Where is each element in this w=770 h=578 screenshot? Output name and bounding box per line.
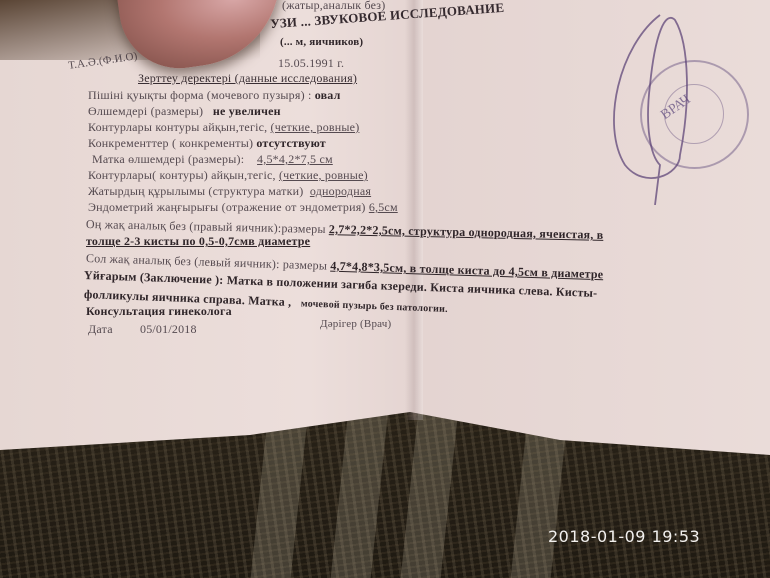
birth-date: 15.05.1991 г. bbox=[278, 56, 344, 71]
report-line-6: Контурлары( контуры) айқын,тегіс, (четки… bbox=[88, 168, 368, 183]
report-line-4: Конкременттер ( конкременты) отсутствуют bbox=[88, 136, 326, 151]
report-subtitle: (... м, яичников) bbox=[280, 36, 363, 48]
date-value: 05/01/2018 bbox=[140, 322, 197, 337]
date-label: Дата bbox=[88, 322, 113, 337]
report-line-1: Пішіні қуықты форма (мочевого пузыря) : … bbox=[88, 88, 341, 103]
report-line-10: толще 2-3 кисты по 0,5-0,7смв диаметре bbox=[86, 234, 310, 249]
doctor-label: Дәрігер (Врач) bbox=[320, 318, 391, 330]
recommendation: Консультация гинеколога bbox=[86, 304, 232, 319]
report-line-8: Эндометрий жаңғырығы (отражение от эндом… bbox=[88, 200, 398, 215]
photo-timestamp: 2018-01-09 19:53 bbox=[548, 527, 700, 546]
signature bbox=[600, 5, 720, 205]
paper-fold bbox=[405, 0, 423, 420]
report-line-7: Жатырдың құрылымы (структура матки) одно… bbox=[88, 184, 371, 199]
report-line-2: Өлшемдері (размеры) не увеличен bbox=[88, 104, 281, 119]
report-line-5: Матка өлшемдері (размеры): 4,5*4,2*7,5 с… bbox=[92, 152, 333, 167]
report-line-3: Контурлары контуры айқын,тегіс, (четкие,… bbox=[88, 120, 359, 135]
section-heading: Зерттеу деректері (данные исследования) bbox=[138, 71, 357, 86]
